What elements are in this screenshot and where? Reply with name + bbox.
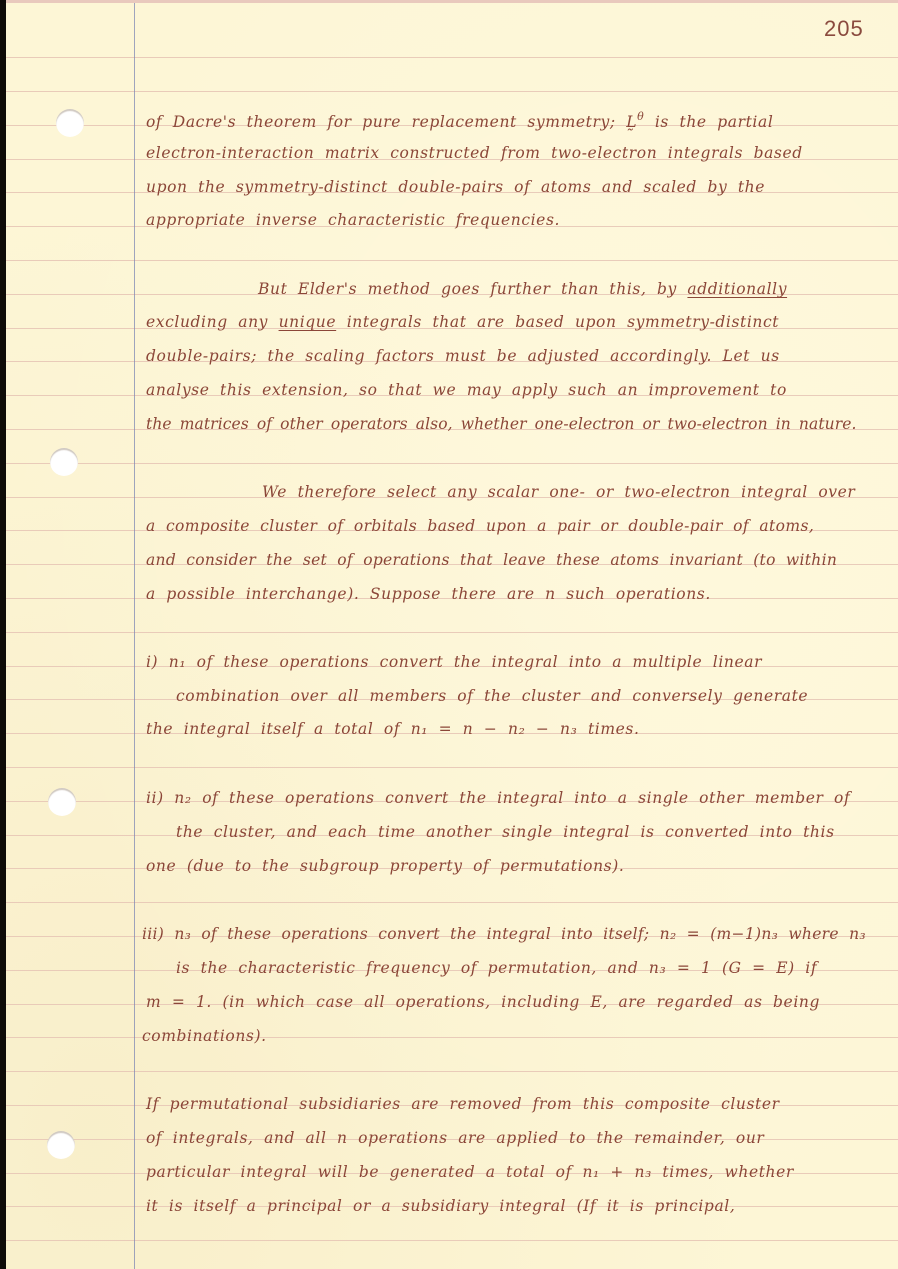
text-line: analyse this extension, so that we may a… xyxy=(146,381,787,399)
punch-hole xyxy=(48,788,76,816)
ruled-line xyxy=(6,57,898,58)
text-line: electron-interaction matrix constructed … xyxy=(146,144,803,162)
ruled-line xyxy=(6,767,898,768)
text-line: a composite cluster of orbitals based up… xyxy=(146,517,814,535)
ruled-line xyxy=(6,902,898,903)
scan-edge xyxy=(0,0,6,1269)
ruled-line xyxy=(6,1240,898,1241)
text-line: particular integral will be generated a … xyxy=(146,1163,794,1181)
emphasis-unique: unique xyxy=(279,313,337,331)
page-number: 205 xyxy=(824,16,864,42)
ruled-line xyxy=(6,1037,898,1038)
punch-hole xyxy=(47,1131,75,1159)
text-line: of integrals, and all n operations are a… xyxy=(146,1129,764,1147)
ruled-line xyxy=(6,632,898,633)
text-line: the matrices of other operators also, wh… xyxy=(146,415,857,433)
text-line: But Elder's method goes further than thi… xyxy=(258,280,787,298)
text-line: If permutational subsidiaries are remove… xyxy=(146,1095,780,1113)
text-line: We therefore select any scalar one- or t… xyxy=(262,483,855,501)
text-line: it is itself a principal or a subsidiary… xyxy=(146,1197,735,1215)
text-line: one (due to the subgroup property of per… xyxy=(146,857,624,875)
emphasis-additionally: additionally xyxy=(687,280,787,298)
text-line: double-pairs; the scaling factors must b… xyxy=(146,347,780,365)
ruled-line xyxy=(6,260,898,261)
text-line: combinations). xyxy=(142,1027,267,1045)
text-line: upon the symmetry-distinct double-pairs … xyxy=(146,178,765,196)
ruled-line xyxy=(6,1071,898,1072)
text-line: excluding any unique integrals that are … xyxy=(146,313,779,331)
list-marker: ii) xyxy=(146,789,164,807)
text-line: the cluster, and each time another singl… xyxy=(176,823,835,841)
text-line: of Dacre's theorem for pure replacement … xyxy=(146,110,773,131)
text-line: and consider the set of operations that … xyxy=(146,551,837,569)
text-line: m = 1. (in which case all operations, in… xyxy=(146,993,820,1011)
matrix-symbol: L̰θ xyxy=(626,113,644,131)
list-item-i: i) n₁ of these operations convert the in… xyxy=(146,653,762,671)
page-top-edge xyxy=(6,0,898,3)
punch-hole xyxy=(56,109,84,137)
text-line: combination over all members of the clus… xyxy=(176,687,808,705)
ruled-line xyxy=(6,463,898,464)
text-line: the integral itself a total of n₁ = n − … xyxy=(146,720,639,738)
list-item-ii: ii) n₂ of these operations convert the i… xyxy=(146,789,850,807)
ruled-line xyxy=(6,91,898,92)
punch-hole xyxy=(50,448,78,476)
list-marker: i) xyxy=(146,653,158,671)
margin-line xyxy=(134,0,135,1269)
text-line: a possible interchange). Suppose there a… xyxy=(146,585,711,603)
text-line: appropriate inverse characteristic frequ… xyxy=(146,211,560,229)
notebook-page: 205 of Dacre's theorem for pure replacem… xyxy=(6,0,898,1269)
list-marker: iii) xyxy=(142,925,164,943)
text-line: is the characteristic frequency of permu… xyxy=(176,959,817,977)
list-item-iii: iii) n₃ of these operations convert the … xyxy=(142,925,866,943)
